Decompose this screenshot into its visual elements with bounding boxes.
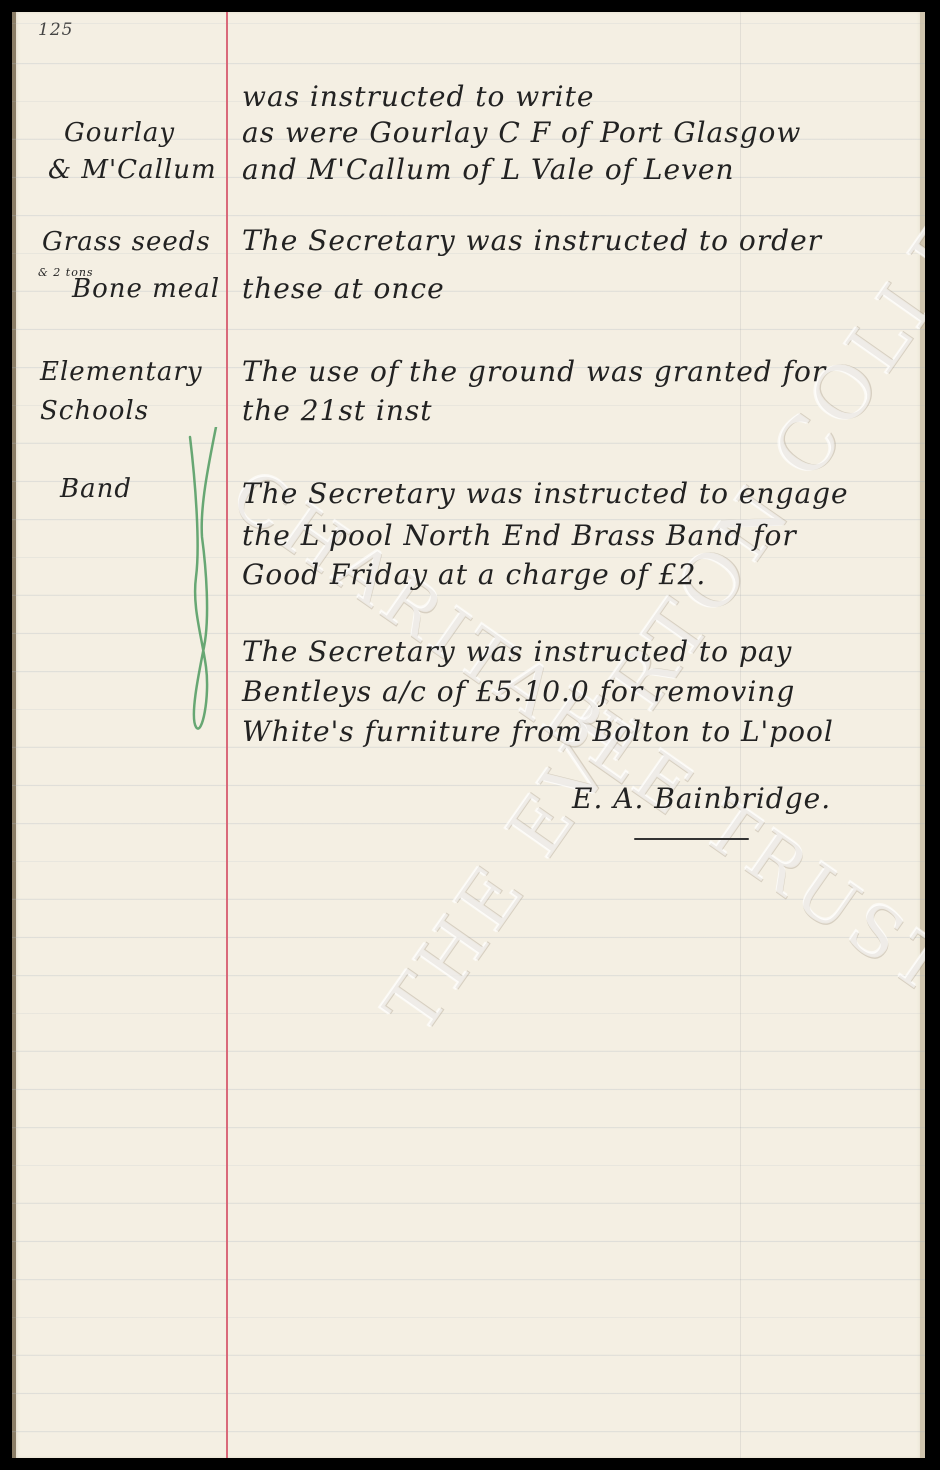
entry-2-line-2: these at once bbox=[242, 272, 445, 305]
signature-underline bbox=[634, 838, 749, 840]
red-margin-line bbox=[226, 12, 228, 1458]
signature: E. A. Bainbridge. bbox=[572, 782, 831, 815]
entry-1-line-1: was instructed to write bbox=[242, 80, 594, 113]
entry-2-line-1: The Secretary was instructed to order bbox=[242, 224, 822, 257]
page-number: 125 bbox=[38, 20, 73, 40]
entry-1-label-1: Gourlay bbox=[64, 118, 175, 148]
entry-3-label-1: Elementary bbox=[40, 357, 203, 387]
entry-2-label-1: Grass seeds bbox=[42, 227, 211, 257]
entry-1-line-2: as were Gourlay C F of Port Glasgow bbox=[242, 116, 801, 149]
entry-5-line-1: The Secretary was instructed to pay bbox=[242, 635, 792, 668]
entry-3-line-1: The use of the ground was granted for bbox=[242, 355, 826, 388]
entry-4-line-3: Good Friday at a charge of £2. bbox=[242, 558, 706, 591]
green-pencil-check-mark bbox=[182, 427, 222, 747]
entry-5-line-3: White's furniture from Bolton to L'pool bbox=[242, 715, 834, 748]
entry-3-label-2: Schools bbox=[40, 396, 149, 426]
entry-2-label-2: Bone meal bbox=[72, 274, 220, 304]
entry-4-line-1: The Secretary was instructed to engage bbox=[242, 477, 849, 510]
entry-1-line-3: and M'Callum of L Vale of Leven bbox=[242, 153, 735, 186]
entry-4-line-2: the L'pool North End Brass Band for bbox=[242, 519, 797, 552]
entry-4-label: Band bbox=[60, 474, 132, 504]
entry-1-label-2: & M'Callum bbox=[48, 155, 217, 185]
entry-5-line-2: Bentleys a/c of £5.10.0 for removing bbox=[242, 675, 795, 708]
entry-3-line-2: the 21st inst bbox=[242, 394, 433, 427]
minute-book-page: THE EVERTON COLLECTION CHARITABLE TRUST … bbox=[12, 12, 925, 1458]
